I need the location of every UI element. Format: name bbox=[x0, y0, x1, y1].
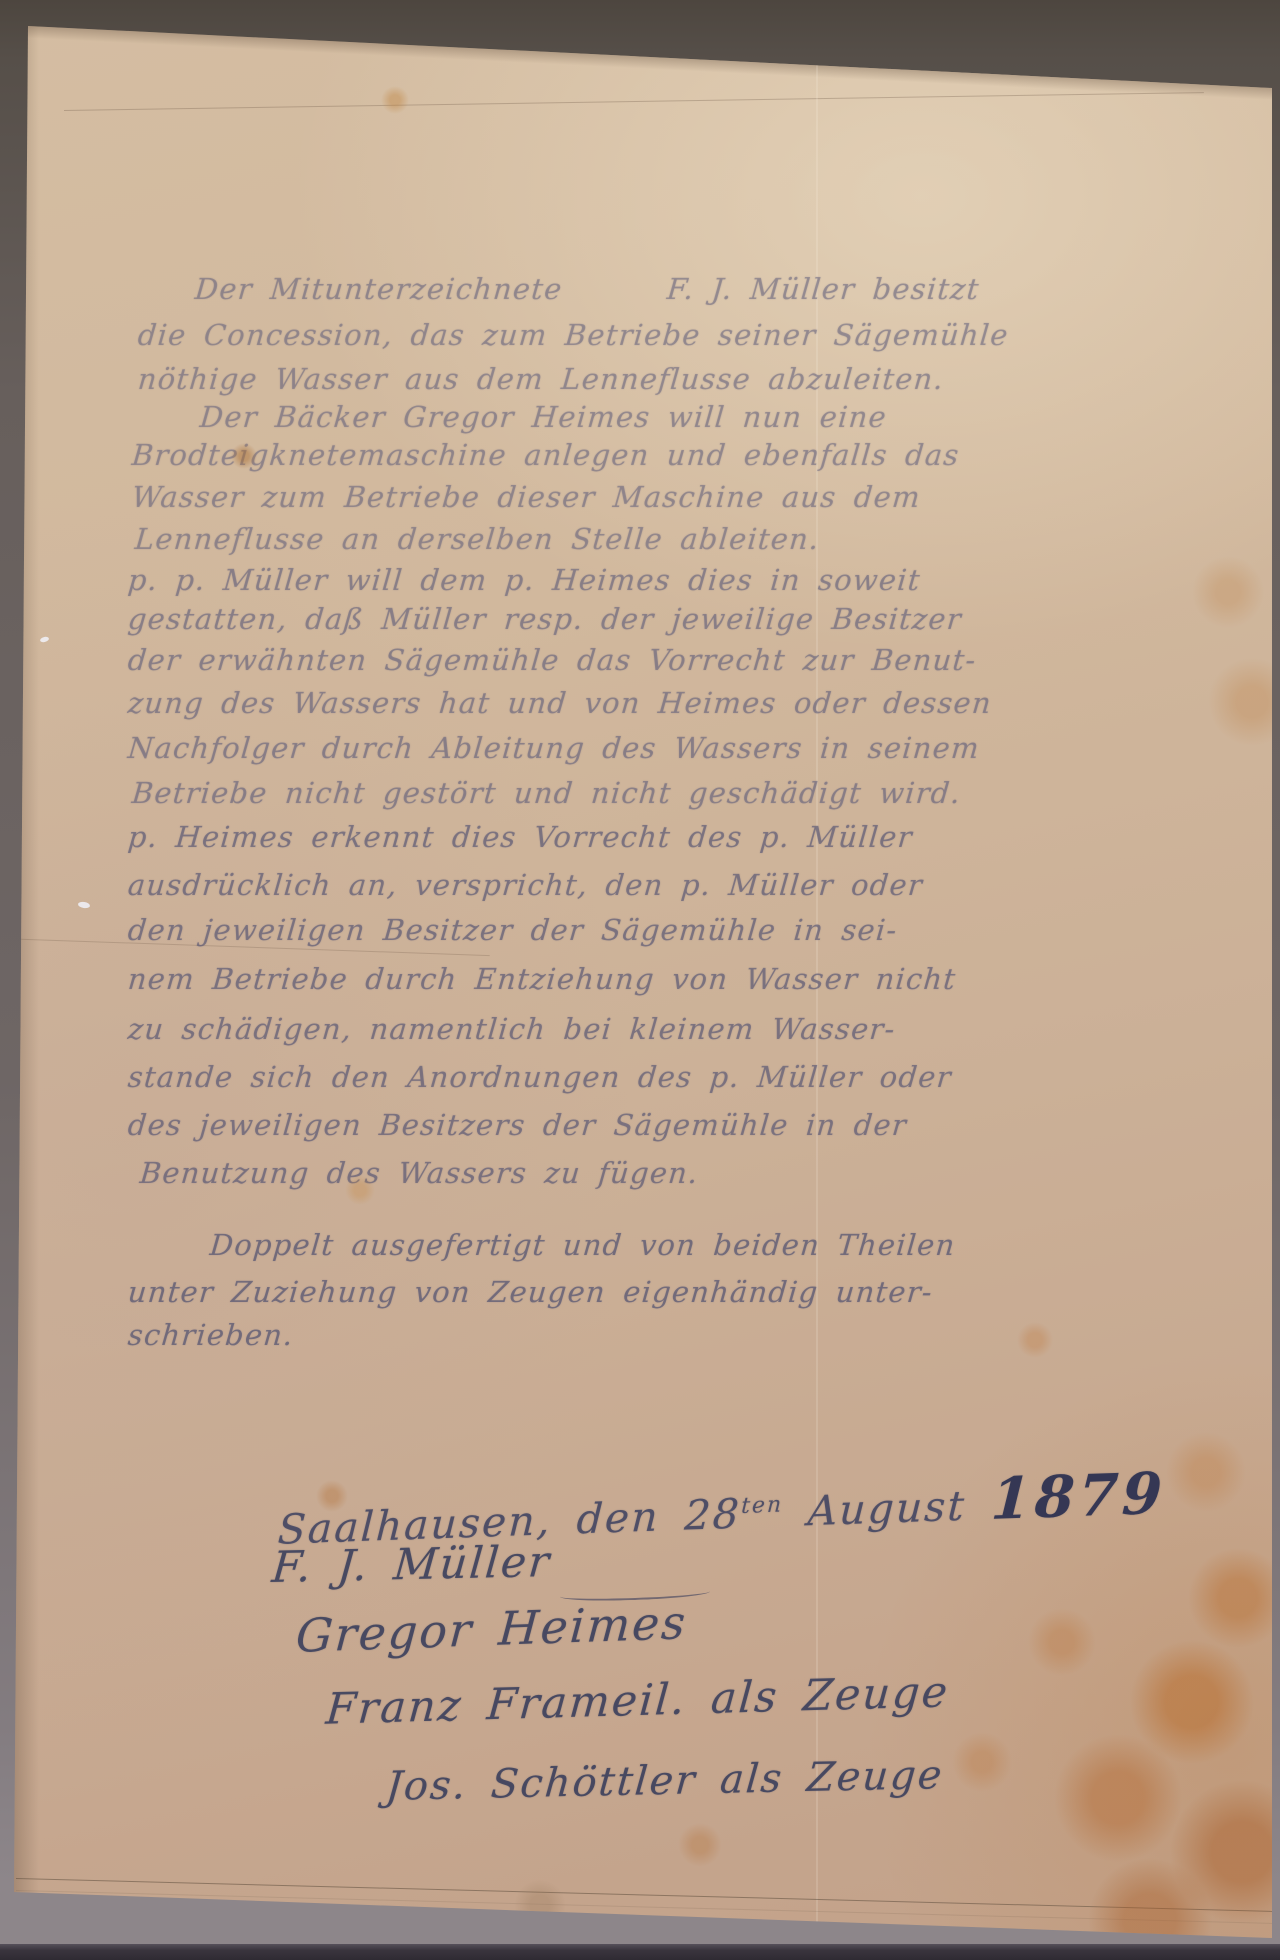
date-year: 1879 bbox=[989, 1460, 1167, 1533]
manuscript-line: nem Betriebe durch Entziehung von Wasser… bbox=[127, 962, 958, 996]
date-month: August bbox=[782, 1481, 993, 1536]
date-day-suffix: ten bbox=[741, 1492, 784, 1519]
manuscript-line: Der Mitunterzeichnete F. J. Müller besit… bbox=[194, 272, 982, 306]
manuscript-line: die Concession, das zum Betriebe seiner … bbox=[137, 318, 1011, 352]
signature-gregor-heimes: Gregor Heimes bbox=[294, 1595, 689, 1663]
manuscript-line: Benutzung des Wassers zu fügen. bbox=[139, 1156, 701, 1190]
manuscript-line: des jeweiligen Besitzers der Sägemühle i… bbox=[127, 1108, 909, 1142]
manuscript-line: Nachfolger durch Ableitung des Wassers i… bbox=[127, 731, 982, 765]
manuscript-line: Der Bäcker Gregor Heimes will nun eine bbox=[199, 400, 889, 434]
manuscript-line: Betriebe nicht gestört und nicht geschäd… bbox=[131, 776, 963, 810]
paper-edge-shadow-left bbox=[13, 24, 39, 1899]
signature-jos-schoettler-witness: Jos. Schöttler als Zeuge bbox=[384, 1752, 945, 1810]
manuscript-line: ausdrücklich an, verspricht, den p. Müll… bbox=[127, 868, 925, 902]
photograph-background: Der Mitunterzeichnete F. J. Müller besit… bbox=[0, 0, 1280, 1960]
manuscript-line: Lenneflusse an derselben Stelle ableiten… bbox=[134, 522, 822, 556]
paper-tear-speck bbox=[16, 516, 23, 520]
crease-line-top bbox=[64, 92, 1204, 111]
manuscript-line: p. Heimes erkennt dies Vorrecht des p. M… bbox=[127, 820, 915, 854]
manuscript-line: nöthige Wasser aus dem Lenneflusse abzul… bbox=[137, 362, 946, 396]
paper-tear-speck bbox=[40, 636, 50, 643]
manuscript-line: zu schädigen, namentlich bei kleinem Was… bbox=[127, 1012, 898, 1046]
document-page: Der Mitunterzeichnete F. J. Müller besit… bbox=[0, 0, 1280, 1960]
manuscript-line: stande sich den Anordnungen des p. Mülle… bbox=[127, 1060, 954, 1094]
manuscript-line: zung des Wassers hat und von Heimes oder… bbox=[127, 686, 994, 720]
manuscript-line: Brodteigknetemaschine anlegen und ebenfa… bbox=[131, 438, 962, 472]
paper-tear-speck bbox=[78, 901, 91, 909]
manuscript-line: Wasser zum Betriebe dieser Maschine aus … bbox=[131, 480, 923, 514]
manuscript-line: Doppelt ausgefertigt und von beiden Thei… bbox=[209, 1228, 957, 1262]
manuscript-line: den jeweiligen Besitzer der Sägemühle in… bbox=[127, 913, 899, 947]
manuscript-line: der erwähnten Sägemühle das Vorrecht zur… bbox=[127, 643, 978, 677]
paper-edge-shadow-top bbox=[25, 24, 1279, 100]
signature-franz-frameil-witness: Franz Frameil. als Zeuge bbox=[324, 1667, 951, 1735]
photo-bottom-strip bbox=[0, 1944, 1280, 1960]
manuscript-line: schrieben. bbox=[127, 1318, 296, 1352]
signature-fj-mueller: F. J. Müller bbox=[270, 1537, 553, 1593]
manuscript-line: unter Zuziehung von Zeugen eigenhändig u… bbox=[127, 1275, 935, 1309]
manuscript-line: p. p. Müller will dem p. Heimes dies in … bbox=[127, 563, 923, 597]
manuscript-line: gestatten, daß Müller resp. der jeweilig… bbox=[127, 602, 964, 636]
